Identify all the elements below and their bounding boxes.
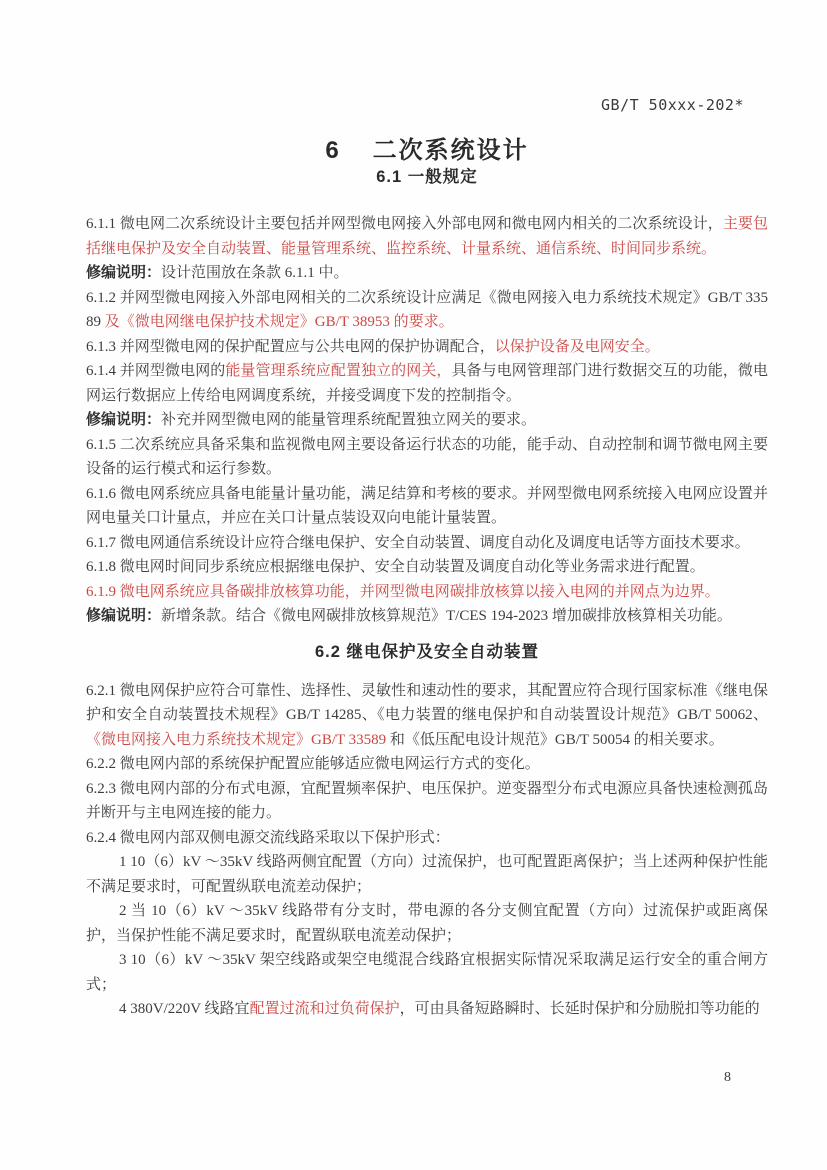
chapter-number: 6 [325, 137, 338, 164]
text-segment: 6.2.1 微电网保护应符合可靠性、选择性、灵敏性和速动性的要求，其配置应符合现… [86, 683, 768, 724]
text-segment: 3 10（6）kV ～35kV 架空线路或架空电缆混合线路宜根据实际情况采取满足… [86, 952, 768, 993]
chapter-title: 6二次系统设计 [86, 136, 768, 166]
note-paragraph: 修编说明：设计范围放在条款 6.1.1 中。 [86, 261, 768, 286]
text-segment: 6.2.4 微电网内部双侧电源交流线路采取以下保护形式： [86, 830, 450, 846]
text-segment: 6.2.2 微电网内部的系统保护配置应能够适应微电网运行方式的变化。 [86, 756, 540, 772]
clause-paragraph: 6.2.2 微电网内部的系统保护配置应能够适应微电网运行方式的变化。 [86, 752, 768, 777]
clause-paragraph: 6.2.1 微电网保护应符合可靠性、选择性、灵敏性和速动性的要求，其配置应符合现… [86, 679, 768, 753]
text-segment-label: 修编说明： [86, 411, 161, 428]
section-heading: 6.2 继电保护及安全自动装置 [86, 641, 768, 663]
text-segment-emphasis: 能量管理系统应配置独立的网关， [225, 363, 451, 379]
text-segment: 补充并网型微电网的能量管理系统配置独立网关的要求。 [161, 412, 536, 428]
text-segment: 4 380V/220V 线路宜 [119, 1001, 250, 1017]
text-segment: 6.1.4 并网型微电网的 [86, 363, 225, 379]
text-segment: 6.1.6 微电网系统应具备电能量计量功能，满足结算和考核的要求。并网型微电网系… [86, 486, 768, 527]
section-heading: 6.1 一般规定 [86, 166, 768, 188]
text-segment: 和《低压配电设计规范》GB/T 50054 的相关要求。 [390, 732, 724, 748]
text-segment-emphasis: 配置过流和过负荷保护 [250, 1001, 400, 1017]
clause-paragraph: 6.2.4 微电网内部双侧电源交流线路采取以下保护形式： [86, 826, 768, 851]
text-segment-emphasis: 以保护设备及电网安全。 [495, 339, 660, 355]
text-segment-label: 修编说明： [86, 607, 161, 624]
subitem-paragraph: 1 10（6）kV ～35kV 线路两侧宜配置（方向）过流保护，也可配置距离保护… [86, 850, 768, 899]
clause-paragraph: 6.1.4 并网型微电网的能量管理系统应配置独立的网关，具备与电网管理部门进行数… [86, 359, 768, 408]
note-paragraph: 修编说明：补充并网型微电网的能量管理系统配置独立网关的要求。 [86, 408, 768, 433]
clause-paragraph: 6.1.5 二次系统应具备采集和监视微电网主要设备运行状态的功能，能手动、自动控… [86, 433, 768, 482]
subitem-paragraph: 2 当 10（6）kV ～35kV 线路带有分支时，带电源的各分支侧宜配置（方向… [86, 899, 768, 948]
text-segment: 6.1.1 微电网二次系统设计主要包括并网型微电网接入外部电网和微电网内相关的二… [86, 216, 723, 232]
text-segment-emphasis: 《微电网接入电力系统技术规定》GB/T 33589 [86, 732, 390, 748]
page-body: 6.1 一般规定6.1.1 微电网二次系统设计主要包括并网型微电网接入外部电网和… [86, 166, 768, 1022]
text-segment: 1 10（6）kV ～35kV 线路两侧宜配置（方向）过流保护，也可配置距离保护… [86, 854, 768, 895]
clause-paragraph: 6.1.6 微电网系统应具备电能量计量功能，满足结算和考核的要求。并网型微电网系… [86, 482, 768, 531]
text-segment: 6.2.3 微电网内部的分布式电源，宜配置频率保护、电压保护。逆变器型分布式电源… [86, 781, 768, 822]
clause-paragraph: 6.1.7 微电网通信系统设计应符合继电保护、安全自动装置、调度自动化及调度电话… [86, 531, 768, 556]
clause-paragraph: 6.1.1 微电网二次系统设计主要包括并网型微电网接入外部电网和微电网内相关的二… [86, 212, 768, 261]
chapter-title-text: 二次系统设计 [373, 137, 529, 164]
text-segment-emphasis: 及《微电网继电保护技术规定》GB/T 38953 的要求。 [105, 314, 454, 330]
clause-paragraph: 6.1.8 微电网时间同步系统应根据继电保护、安全自动装置及调度自动化等业务需求… [86, 555, 768, 580]
text-segment: 6.1.7 微电网通信系统设计应符合继电保护、安全自动装置、调度自动化及调度电话… [86, 535, 750, 551]
text-segment: 6.1.8 微电网时间同步系统应根据继电保护、安全自动装置及调度自动化等业务需求… [86, 559, 705, 575]
text-segment: 6.1.3 并网型微电网的保护配置应与公共电网的保护协调配合， [86, 339, 495, 355]
text-segment: 2 当 10（6）kV ～35kV 线路带有分支时，带电源的各分支侧宜配置（方向… [86, 903, 768, 944]
note-paragraph: 修编说明：新增条款。结合《微电网碳排放核算规范》T/CES 194-2023 增… [86, 604, 768, 629]
clause-paragraph: 6.2.3 微电网内部的分布式电源，宜配置频率保护、电压保护。逆变器型分布式电源… [86, 777, 768, 826]
subitem-paragraph: 3 10（6）kV ～35kV 架空线路或架空电缆混合线路宜根据实际情况采取满足… [86, 948, 768, 997]
text-segment-emphasis: 6.1.9 微电网系统应具备碳排放核算功能，并网型微电网碳排放核算以接入电网的并… [86, 584, 720, 600]
clause-paragraph: 6.1.9 微电网系统应具备碳排放核算功能，并网型微电网碳排放核算以接入电网的并… [86, 580, 768, 605]
standard-number: GB/T 50xxx-202* [86, 96, 768, 114]
clause-paragraph: 6.1.3 并网型微电网的保护配置应与公共电网的保护协调配合，以保护设备及电网安… [86, 335, 768, 360]
page-number: 8 [724, 1070, 731, 1086]
text-segment: 6.1.5 二次系统应具备采集和监视微电网主要设备运行状态的功能，能手动、自动控… [86, 437, 768, 478]
clause-paragraph: 6.1.2 并网型微电网接入外部电网相关的二次系统设计应满足《微电网接入电力系统… [86, 286, 768, 335]
text-segment-label: 修编说明： [86, 264, 161, 281]
document-page: GB/T 50xxx-202* 6二次系统设计 6.1 一般规定6.1.1 微电… [0, 0, 827, 1170]
text-segment: ，可由具备短路瞬时、长延时保护和分励脱扣等功能的 [400, 1001, 760, 1017]
text-segment: 新增条款。结合《微电网碳排放核算规范》T/CES 194-2023 增加碳排放核… [161, 608, 732, 624]
subitem-paragraph: 4 380V/220V 线路宜配置过流和过负荷保护，可由具备短路瞬时、长延时保护… [86, 997, 768, 1022]
text-segment: 设计范围放在条款 6.1.1 中。 [161, 265, 349, 281]
